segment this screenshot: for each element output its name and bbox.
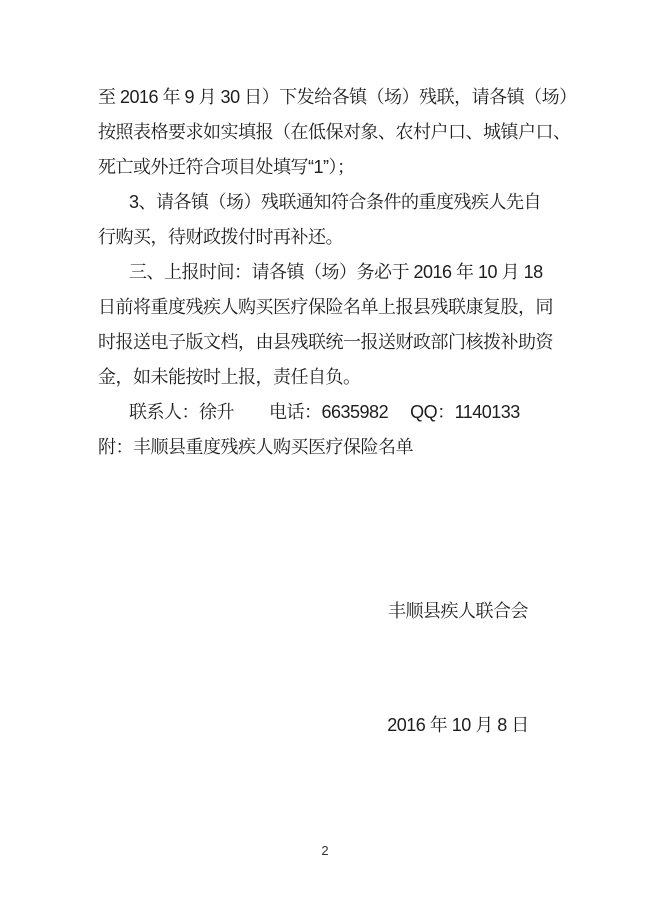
contact-line: 联系人：徐升 电话：6635982 QQ：1140133: [98, 395, 570, 430]
body-line-paragraph-start: 3、请各镇（场）残联通知符合条件的重度残疾人先自: [98, 185, 570, 220]
document-body: 至 2016 年 9 月 30 日）下发给各镇（场）残联，请各镇（场） 按照表格…: [98, 80, 570, 465]
attachment-line: 附：丰顺县重度残疾人购买医疗保险名单: [98, 430, 570, 465]
body-line: 行购买，待财政拨付时再补还。: [98, 220, 570, 255]
signature-organization: 丰顺县疾人联合会: [350, 592, 566, 630]
page-number: 2: [0, 843, 650, 858]
body-line: 金，如未能按时上报，责任自负。: [98, 360, 570, 395]
body-line: 日前将重度残疾人购买医疗保险名单上报县残联康复股，同: [98, 290, 570, 325]
document-page: 至 2016 年 9 月 30 日）下发给各镇（场）残联，请各镇（场） 按照表格…: [0, 0, 650, 919]
signature-date: 2016 年 10 月 8 日: [350, 706, 566, 744]
body-line-paragraph-start: 三、上报时间：请各镇（场）务必于 2016 年 10 月 18: [98, 255, 570, 290]
body-line: 至 2016 年 9 月 30 日）下发给各镇（场）残联，请各镇（场）: [98, 80, 570, 115]
body-line: 时报送电子版文档，由县残联统一报送财政部门核拨补助资: [98, 325, 570, 360]
body-line: 死亡或外迁符合项目处填写“1”）；: [98, 150, 570, 185]
body-line: 按照表格要求如实填报（在低保对象、农村户口、城镇户口、: [98, 115, 570, 150]
signature-block: 丰顺县疾人联合会 2016 年 10 月 8 日: [350, 516, 566, 820]
